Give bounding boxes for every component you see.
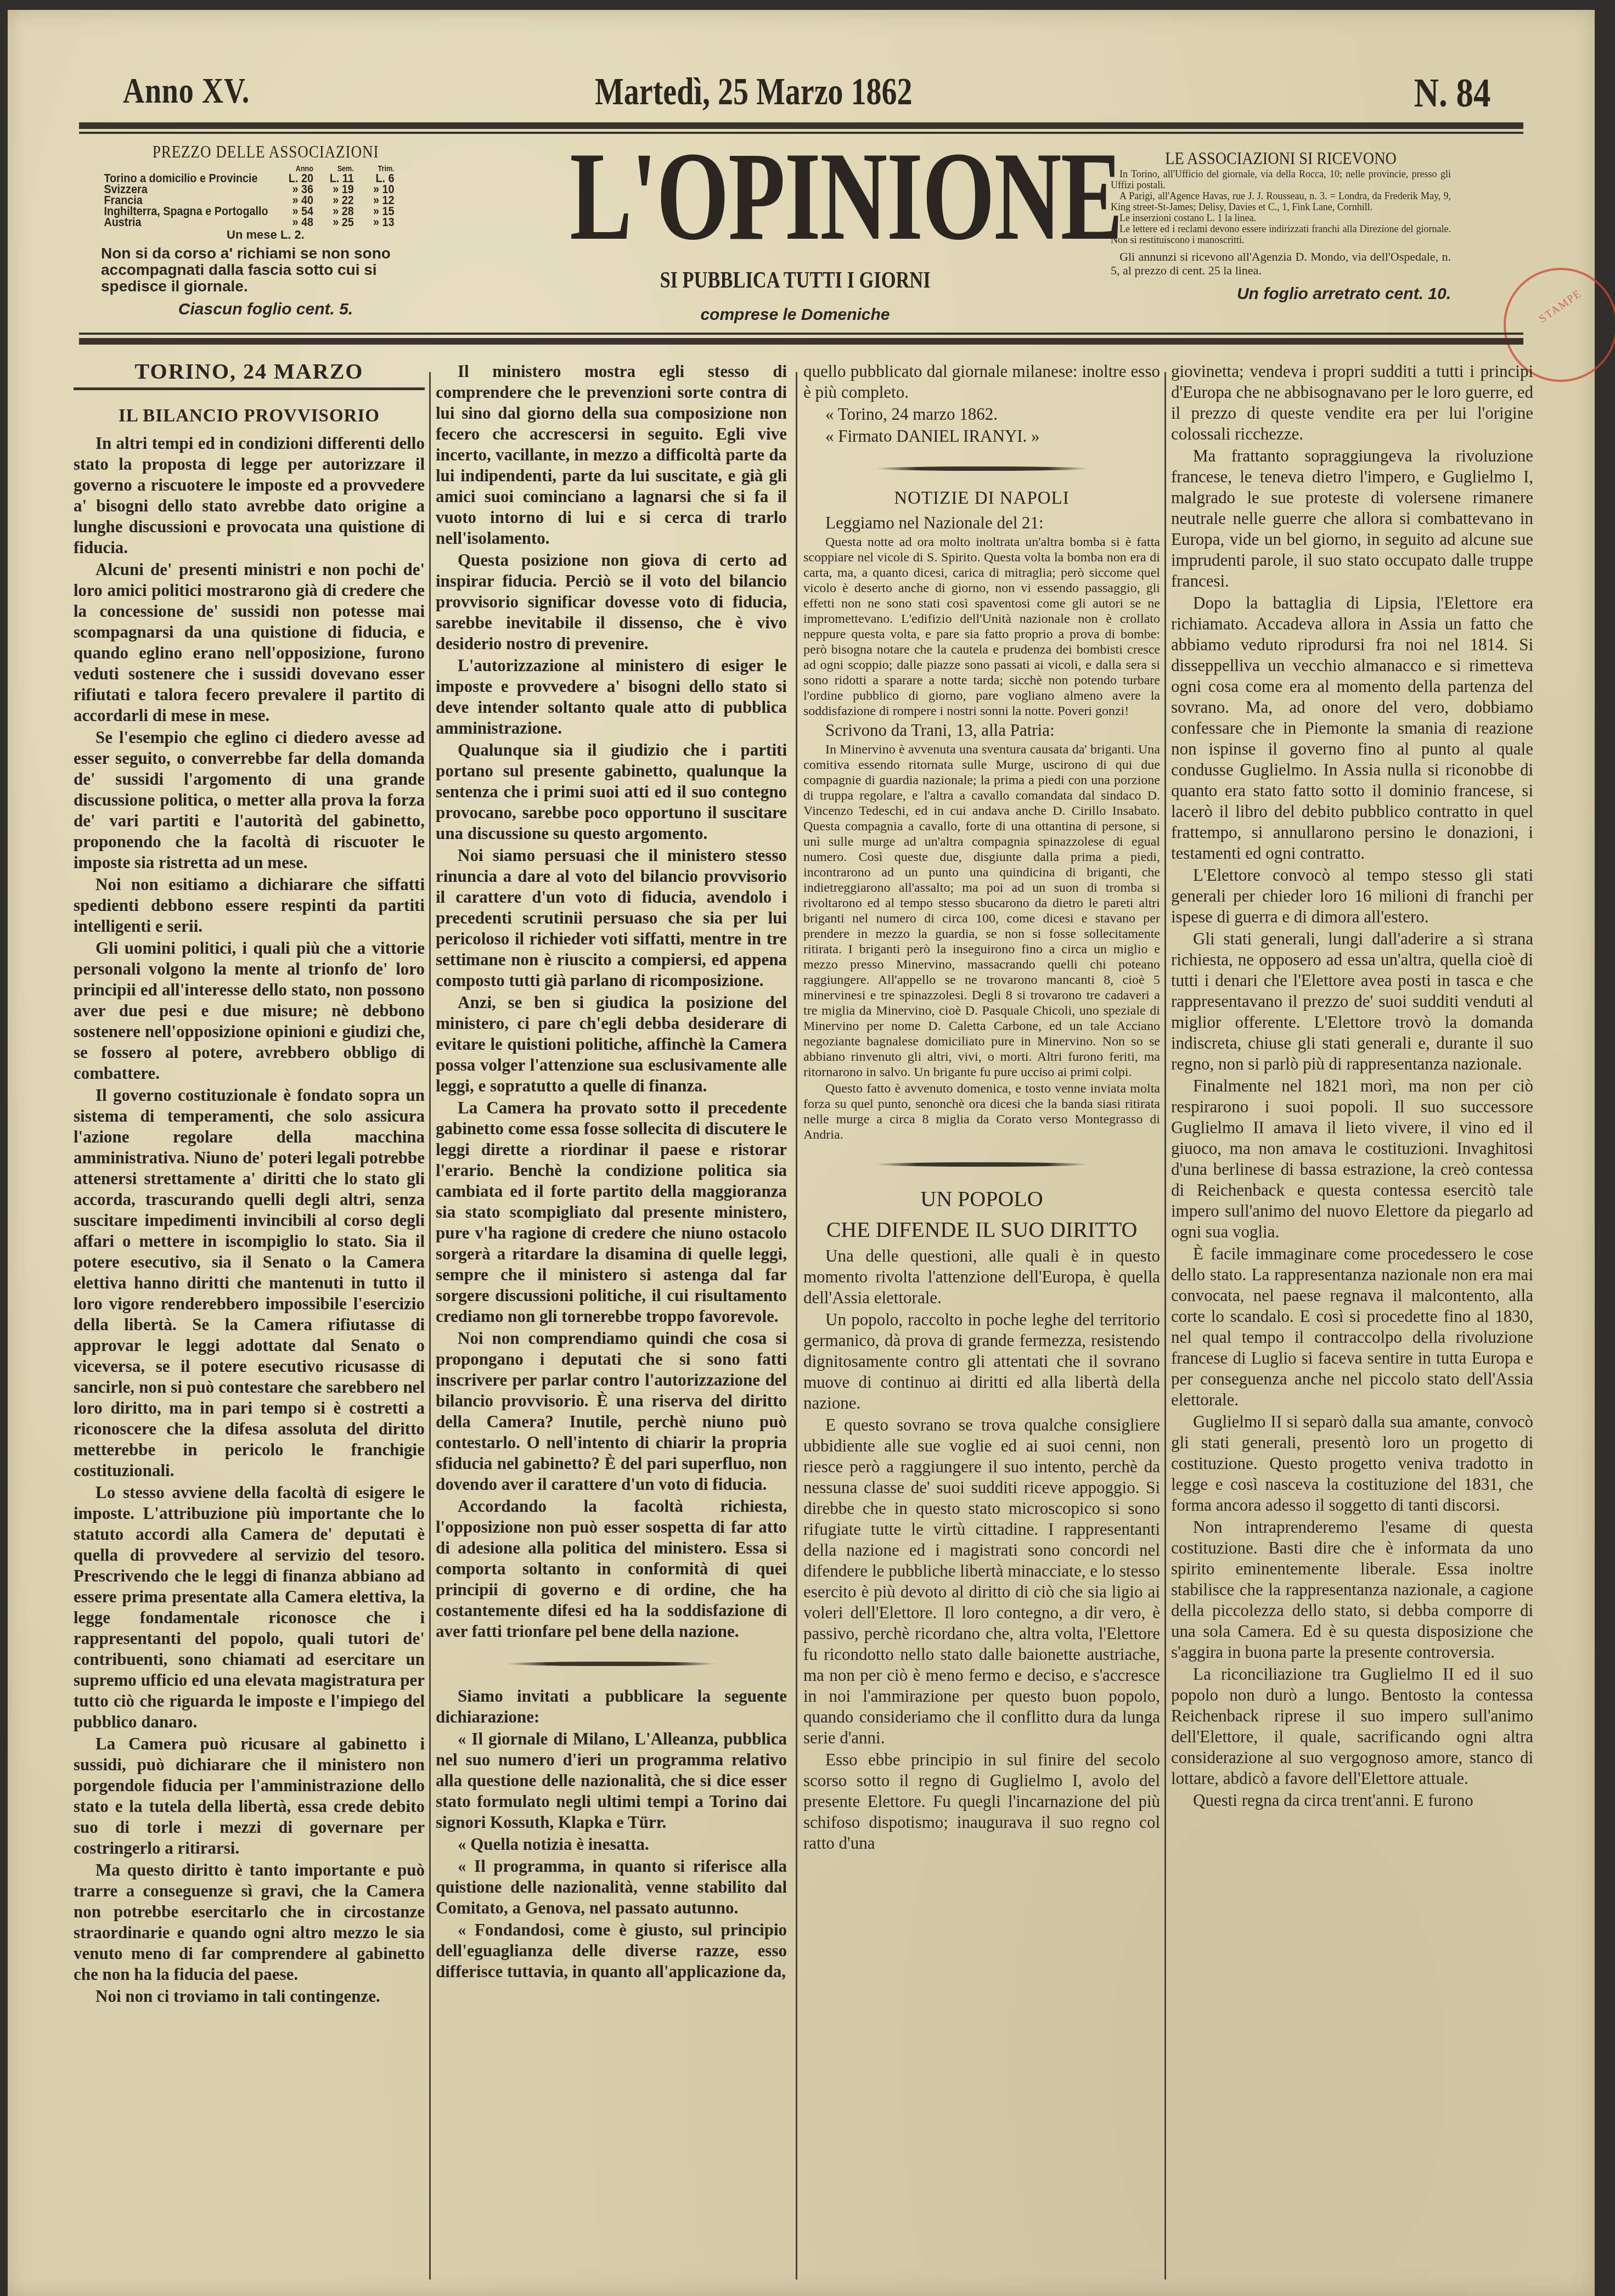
paragraph: Accordando la facoltà richiesta, l'oppos…: [436, 1496, 787, 1642]
newspaper-title: L'OPINIONE: [570, 139, 1020, 254]
prices-heading: PREZZO DELLE ASSOCIAZIONI: [126, 142, 406, 162]
masthead: L'OPINIONE SI PUBBLICA TUTTI I GIORNI co…: [491, 139, 1100, 324]
paragraph: quello pubblicato dal giornale milanese:…: [803, 361, 1160, 403]
paragraph: L'autorizzazione al ministero di esiger …: [436, 655, 787, 739]
issue-date: Martedì, 25 Marzo 1862: [595, 70, 912, 114]
paragraph: Ma questo diritto è tanto importante e p…: [74, 1860, 425, 1985]
office-line: In Torino, all'Ufficio del giornale, via…: [1111, 168, 1451, 190]
column-1: TORINO, 24 MARZO IL BILANCIO PROVVISORIO…: [74, 361, 425, 2280]
paragraph: L'Elettore convocò al tempo stesso gli s…: [1171, 865, 1533, 927]
article-heading: IL BILANCIO PROVVISORIO: [74, 406, 425, 426]
paragraph: « Il giornale di Milano, L'Alleanza, pub…: [436, 1729, 787, 1833]
dateline: TORINO, 24 MARZO: [74, 361, 425, 382]
paragraph: Una delle questioni, alle quali è in que…: [803, 1246, 1160, 1308]
back-issue-price: Un foglio arretrato cent. 10.: [1111, 285, 1451, 303]
office-line: Le lettere ed i reclami devono essere in…: [1111, 223, 1451, 245]
paragraph: Questi regna da circa trent'anni. E furo…: [1171, 1790, 1533, 1811]
issue-number: N. 84: [1414, 70, 1490, 117]
prices-table: Anno Sem. Trim. Torino a domicilio e Pro…: [101, 164, 397, 228]
paragraph: Gli uomini politici, i quali più che a v…: [74, 938, 425, 1084]
office-line: A Parigi, all'Agence Havas, rue J. J. Ro…: [1111, 190, 1451, 212]
paragraph: Il ministero mostra egli stesso di compr…: [436, 361, 787, 549]
table-row: Austria» 48» 25» 13: [101, 217, 397, 228]
paragraph: La Camera ha provato sotto il precedente…: [436, 1098, 787, 1327]
complaints-notice: Non si da corso a' richiami se non sono …: [101, 245, 430, 295]
article-heading: UN POPOLO: [803, 1186, 1160, 1212]
masthead-subtitle: SI PUBBLICA TUTTI I GIORNI: [545, 267, 1045, 294]
paragraph: Il governo costituzionale è fondato sopr…: [74, 1085, 425, 1481]
column-divider: [1164, 372, 1166, 2280]
masthead-subtitle-2: comprese le Domeniche: [491, 306, 1100, 324]
lead-line: Scrivono da Trani, 13, alla Patria:: [803, 720, 1160, 741]
paragraph: Questa notte ad ora molto inoltrata un'a…: [803, 534, 1160, 719]
paragraph: « Il programma, in quanto si riferisce a…: [436, 1856, 787, 1918]
offices-heading: LE ASSOCIAZIONI SI RICEVONO: [1131, 148, 1431, 168]
office-line: Le inserzioni costano L. 1 la linea.: [1111, 212, 1451, 223]
paragraph: Noi siamo persuasi che il ministero stes…: [436, 845, 787, 991]
header-rule-bottom-thin: [79, 333, 1523, 335]
paragraph: Finalmente nel 1821 morì, ma non per ciò…: [1171, 1076, 1533, 1242]
paragraph: Noi non esitiamo a dichiarare che siffat…: [74, 874, 425, 937]
paragraph: Dopo la battaglia di Lipsia, l'Elettore …: [1171, 593, 1533, 864]
paragraph: « Quella notizia è inesatta.: [436, 1834, 787, 1855]
monthly-price: Un mese L. 2.: [101, 228, 430, 242]
top-line: Anno XV. Martedì, 25 Marzo 1862 N. 84: [123, 70, 1490, 114]
section-ornament: [875, 1162, 1089, 1167]
column-3: quello pubblicato dal giornale milanese:…: [803, 361, 1160, 2280]
newspaper-page: Anno XV. Martedì, 25 Marzo 1862 N. 84 PR…: [8, 10, 1595, 2296]
paragraph: Questo fatto è avvenuto domenica, e tost…: [803, 1081, 1160, 1143]
paragraph: giovinetta; vendeva i propri sudditi a t…: [1171, 361, 1533, 444]
place-date: « Torino, 24 marzo 1862.: [803, 404, 1160, 425]
column-4: giovinetta; vendeva i propri sudditi a t…: [1171, 361, 1533, 2280]
paragraph: Se l'esempio che eglino ci diedero avess…: [74, 727, 425, 873]
signature: « Firmato DANIEL IRANYI. »: [803, 426, 1160, 447]
paragraph: Ma frattanto sopraggiungeva la rivoluzio…: [1171, 446, 1533, 592]
paragraph: È facile immaginare come procedessero le…: [1171, 1243, 1533, 1410]
section-ornament: [506, 1662, 717, 1666]
column-2: Il ministero mostra egli stesso di compr…: [436, 361, 787, 2280]
column-divider: [796, 372, 797, 2280]
paragraph: Lo stesso avviene della facoltà di esige…: [74, 1482, 425, 1732]
column-divider: [429, 372, 431, 2280]
paragraph: La riconciliazione tra Guglielmo II ed i…: [1171, 1664, 1533, 1789]
section-ornament: [875, 466, 1089, 471]
paragraph: In altri tempi ed in condizioni differen…: [74, 433, 425, 558]
section-heading: NOTIZIE DI NAPOLI: [803, 491, 1160, 506]
paragraph: Questa posizione non giova di certo ad i…: [436, 550, 787, 654]
year-volume: Anno XV.: [123, 70, 250, 112]
paragraph: Un popolo, raccolto in poche leghe del t…: [803, 1309, 1160, 1414]
paragraph: Siamo invitati a pubblicare la seguente …: [436, 1686, 787, 1727]
ads-notice: Gli annunzi si ricevono all'Agenzia D. M…: [1111, 250, 1451, 277]
header-rule-bottom: [79, 338, 1523, 345]
paragraph: « Fondandosi, come è giusto, sul princip…: [436, 1920, 787, 1982]
subscription-prices: PREZZO DELLE ASSOCIAZIONI Anno Sem. Trim…: [101, 142, 430, 319]
paragraph: Alcuni de' presenti ministri e non pochi…: [74, 559, 425, 726]
paragraph: Guglielmo II si separò dalla sua amante,…: [1171, 1411, 1533, 1516]
paragraph: Non intraprenderemo l'esame di questa co…: [1171, 1517, 1533, 1663]
paragraph: In Minervino è avvenuta una sventura cau…: [803, 742, 1160, 1080]
paragraph: Qualunque sia il giudizio che i partiti …: [436, 740, 787, 844]
lead-line: Leggiamo nel Nazionale del 21:: [803, 513, 1160, 533]
paragraph: Esso ebbe principio in sul finire del se…: [803, 1749, 1160, 1854]
paragraph: Gli stati generali, lungi dall'aderire a…: [1171, 928, 1533, 1074]
single-copy-price: Ciascun foglio cent. 5.: [101, 300, 430, 319]
paragraph: Noi non comprendiamo quindi che cosa si …: [436, 1328, 787, 1495]
paragraph: Anzi, se ben si giudica la posizione del…: [436, 992, 787, 1096]
paragraph: Noi non ci troviamo in tali contingenze.: [74, 1986, 425, 2007]
paragraph: La Camera può ricusare al gabinetto i su…: [74, 1734, 425, 1859]
paragraph: E questo sovrano se trova qualche consig…: [803, 1415, 1160, 1748]
subscription-offices: LE ASSOCIAZIONI SI RICEVONO In Torino, a…: [1111, 148, 1451, 303]
article-heading: CHE DIFENDE IL SUO DIRITTO: [803, 1217, 1160, 1242]
dateline-rule: [74, 387, 425, 390]
